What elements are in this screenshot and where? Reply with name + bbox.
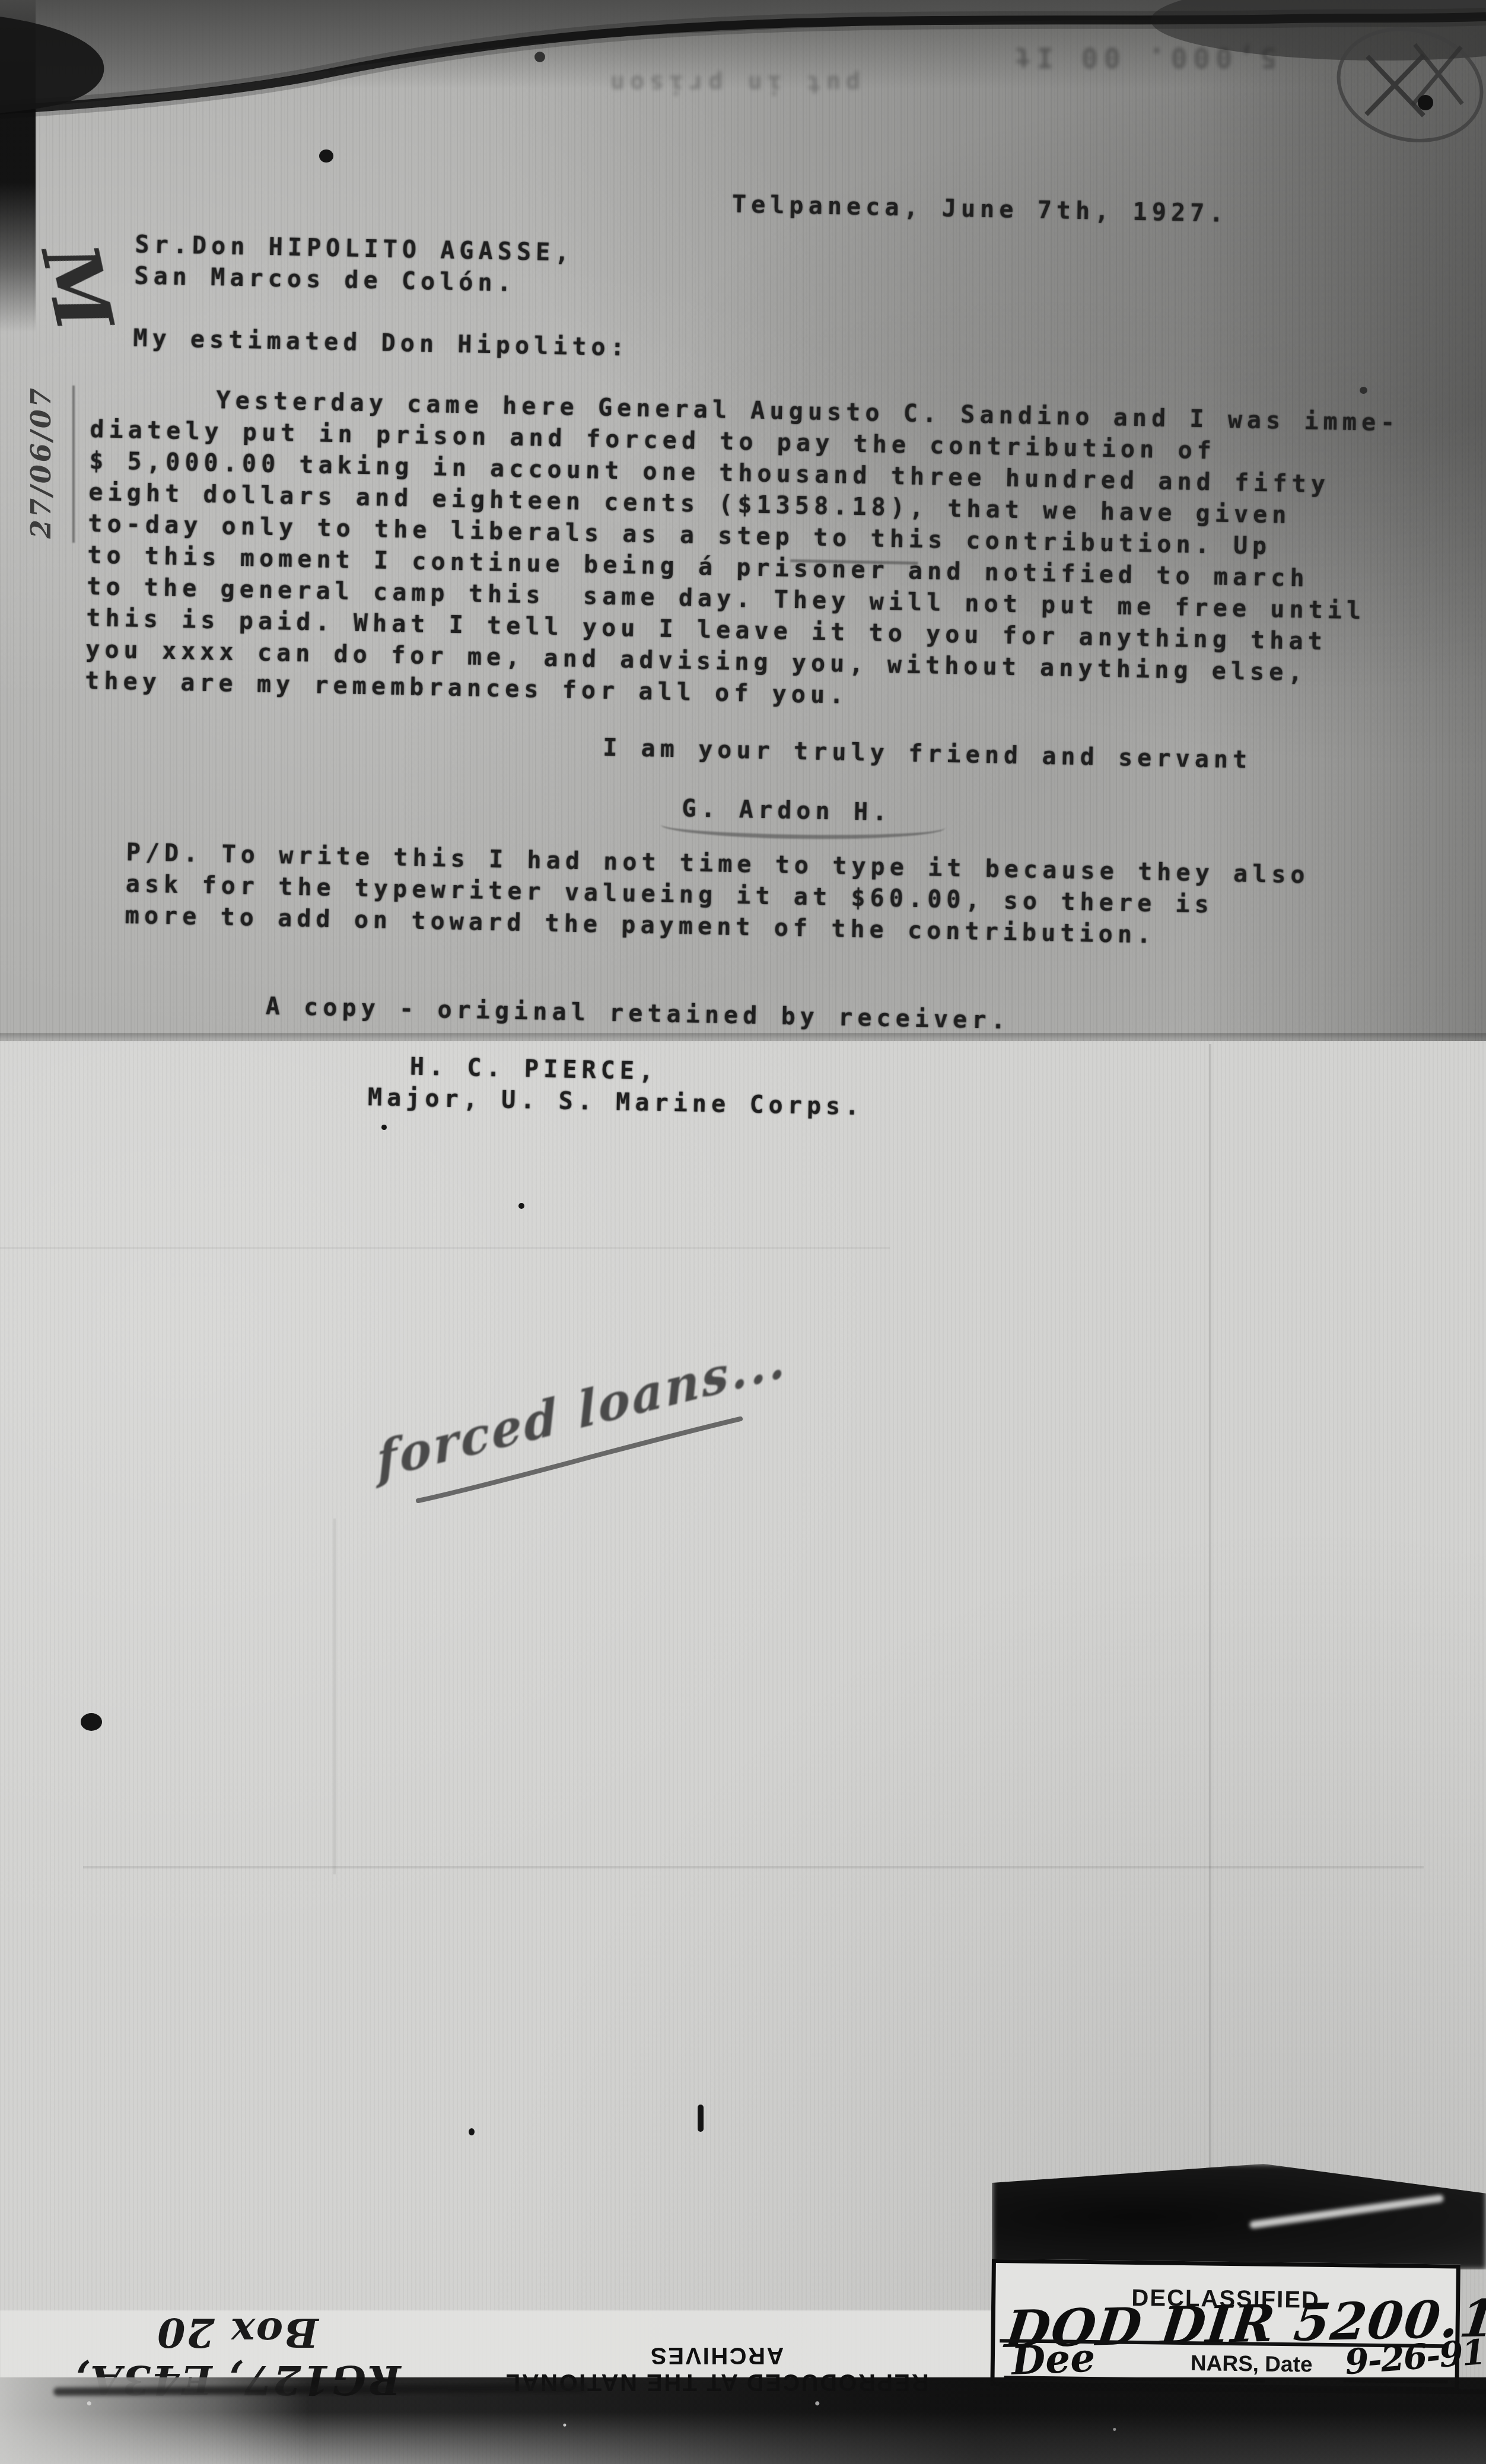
ink-speck: [518, 1203, 524, 1209]
vertical-crease: [333, 1518, 336, 1874]
speck-dot: [329, 68, 336, 75]
scanned-letter-page: 5,000. 00 It put in prison M 27/06/07 Te…: [0, 0, 1486, 2464]
ink-speck: [469, 2128, 475, 2135]
letter-attribution: H. C. PIERCE,Major, U. S. Marine Corps.: [409, 1052, 865, 1123]
nars-date-label: NARS, Date: [1191, 2351, 1313, 2377]
ink-speck: [81, 1713, 102, 1731]
ink-dot: [1418, 95, 1433, 110]
circled-x-mark: [1326, 21, 1486, 148]
x-mark: [1412, 44, 1462, 105]
speck-dot: [534, 52, 545, 62]
letter-postscript: P/D. To write this I had not time to typ…: [125, 837, 1310, 954]
ink-speck: [1360, 387, 1367, 394]
letter-addressee: Sr.Don HIPOLITO AGASSE,San Marcos de Col…: [134, 230, 574, 301]
margin-date-underline: [72, 386, 75, 543]
letter-closing: I am your truly friend and servant: [603, 733, 1252, 776]
declassified-stamp: DECLASSIFIED DOD DIR 5200.10 Dee NARS, D…: [990, 2259, 1460, 2392]
vertical-crease: [1209, 1044, 1211, 2272]
letter-dateline: Telpaneca, June 7th, 1927.: [731, 189, 1229, 230]
signature-underline: [660, 811, 946, 842]
margin-date-annotation: 27/06/07: [25, 386, 57, 539]
underline-stroke: [418, 1419, 740, 1501]
ghost-text-fragment: 5,000. 00 It: [1008, 42, 1277, 74]
letter-body: Yesterday came here General Augusto C. S…: [85, 383, 1400, 722]
ink-speck: [698, 2105, 704, 2132]
ink-speck: [319, 149, 333, 163]
ink-speck: [381, 1125, 387, 1130]
pencil-ellipse: [1326, 21, 1486, 148]
copy-note: A copy - original retained by receiver.: [265, 991, 1010, 1037]
x-mark: [1366, 55, 1424, 116]
horizontal-crease: [83, 1866, 1424, 1868]
typewritten-letter: Telpaneca, June 7th, 1927. Sr.Don HIPOLI…: [71, 166, 1447, 1153]
handwritten-note-underline: [356, 1400, 783, 1536]
horizontal-crease: [0, 1247, 890, 1249]
letter-salutation: My estimated Don Hipolito:: [133, 323, 630, 364]
ghost-text-fragment: put in prison: [605, 70, 860, 97]
